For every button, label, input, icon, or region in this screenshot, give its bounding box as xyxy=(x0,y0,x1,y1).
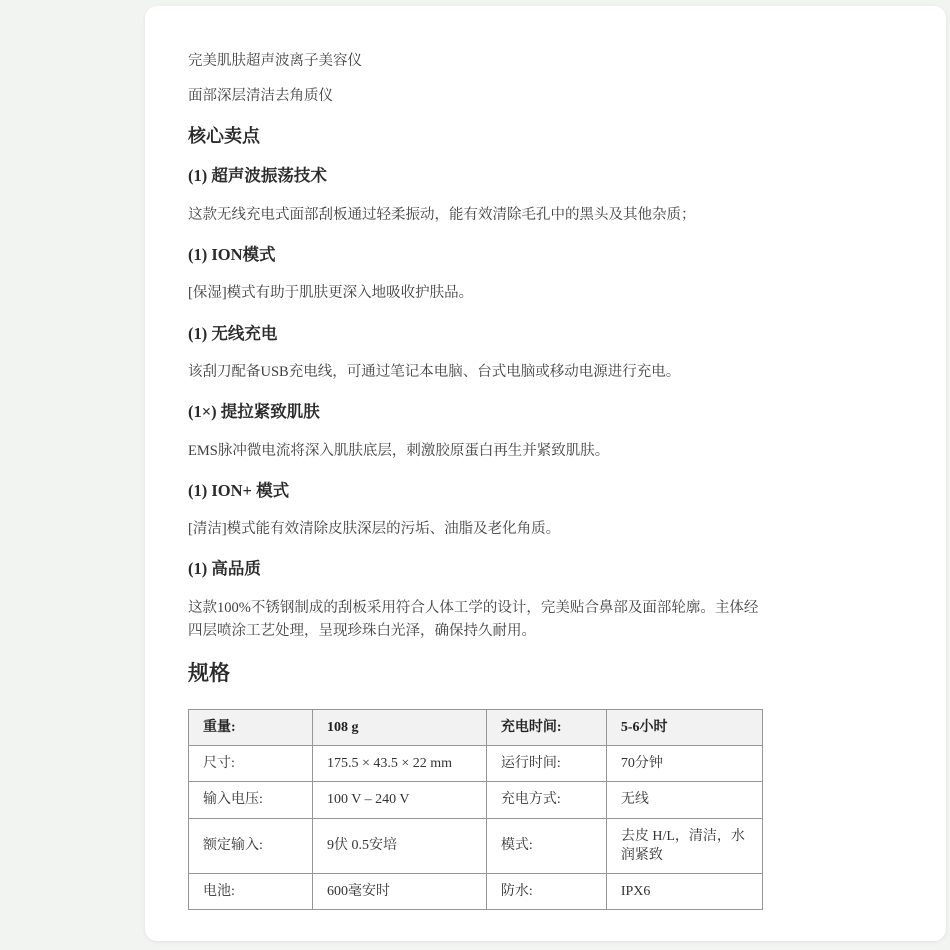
feature-heading-lifting-firming: (1×) 提拉紧致肌肤 xyxy=(188,401,763,422)
document-card: 完美肌肤超声波离子美容仪 面部深层清洁去角质仪 核心卖点 (1) 超声波振荡技术… xyxy=(145,6,946,941)
feature-heading-wireless-charging: (1) 无线充电 xyxy=(188,323,763,344)
feature-body-ion-plus-mode: [清洁]模式能有效清除皮肤深层的污垢、油脂及老化角质。 xyxy=(188,518,763,541)
feature-body-ultrasonic: 这款无线充电式面部刮板通过轻柔振动，能有效清除毛孔中的黑头及其他杂质； xyxy=(188,204,763,227)
spec-table: 重量: 108 g 充电时间: 5-6小时 尺寸: 175.5 × 43.5 ×… xyxy=(188,709,763,911)
table-row: 额定输入: 9伏 0.5安培 模式: 去皮 H/L，清洁，水润紧致 xyxy=(189,818,763,874)
product-title-line-2: 面部深层清洁去角质仪 xyxy=(188,85,763,107)
spec-cell-charge-method-value: 无线 xyxy=(606,782,762,818)
feature-body-ion-mode: [保湿]模式有助于肌肤更深入地吸收护肤品。 xyxy=(188,282,763,305)
feature-heading-ultrasonic: (1) 超声波振荡技术 xyxy=(188,165,763,186)
spec-table-header-row: 重量: 108 g 充电时间: 5-6小时 xyxy=(189,709,763,745)
table-row: 电池: 600毫安时 防水: IPX6 xyxy=(189,874,763,910)
spec-cell-modes-label: 模式: xyxy=(486,818,606,874)
spec-header-charge-time-value: 5-6小时 xyxy=(606,709,762,745)
spec-cell-input-voltage-value: 100 V – 240 V xyxy=(312,782,486,818)
document-content: 完美肌肤超声波离子美容仪 面部深层清洁去角质仪 核心卖点 (1) 超声波振荡技术… xyxy=(145,6,765,910)
spec-cell-dimensions-value: 175.5 × 43.5 × 22 mm xyxy=(312,745,486,781)
feature-body-wireless-charging: 该刮刀配备USB充电线，可通过笔记本电脑、台式电脑或移动电源进行充电。 xyxy=(188,361,763,384)
feature-heading-ion-plus-mode: (1) ION+ 模式 xyxy=(188,480,763,501)
spec-cell-rated-input-value: 9伏 0.5安培 xyxy=(312,818,486,874)
spec-cell-battery-label: 电池: xyxy=(189,874,313,910)
spec-cell-run-time-value: 70分钟 xyxy=(606,745,762,781)
feature-heading-high-quality: (1) 高品质 xyxy=(188,558,763,579)
feature-heading-ion-mode: (1) ION模式 xyxy=(188,244,763,265)
spec-cell-run-time-label: 运行时间: xyxy=(486,745,606,781)
product-title-line-1: 完美肌肤超声波离子美容仪 xyxy=(188,50,763,72)
feature-body-high-quality: 这款100%不锈钢制成的刮板采用符合人体工学的设计，完美贴合鼻部及面部轮廓。主体… xyxy=(188,597,763,643)
spec-cell-waterproof-label: 防水: xyxy=(486,874,606,910)
spec-cell-waterproof-value: IPX6 xyxy=(606,874,762,910)
spec-cell-rated-input-label: 额定输入: xyxy=(189,818,313,874)
table-row: 输入电压: 100 V – 240 V 充电方式: 无线 xyxy=(189,782,763,818)
feature-body-lifting-firming: EMS脉冲微电流将深入肌肤底层，刺激胶原蛋白再生并紧致肌肤。 xyxy=(188,440,763,463)
spec-cell-charge-method-label: 充电方式: xyxy=(486,782,606,818)
spec-cell-input-voltage-label: 输入电压: xyxy=(189,782,313,818)
spec-header-weight-label: 重量: xyxy=(189,709,313,745)
spec-header-charge-time-label: 充电时间: xyxy=(486,709,606,745)
table-row: 尺寸: 175.5 × 43.5 × 22 mm 运行时间: 70分钟 xyxy=(189,745,763,781)
specs-heading: 规格 xyxy=(188,660,763,687)
spec-header-weight-value: 108 g xyxy=(312,709,486,745)
spec-cell-dimensions-label: 尺寸: xyxy=(189,745,313,781)
spec-cell-modes-value: 去皮 H/L，清洁，水润紧致 xyxy=(606,818,762,874)
selling-points-heading: 核心卖点 xyxy=(188,125,763,148)
spec-cell-battery-value: 600毫安时 xyxy=(312,874,486,910)
